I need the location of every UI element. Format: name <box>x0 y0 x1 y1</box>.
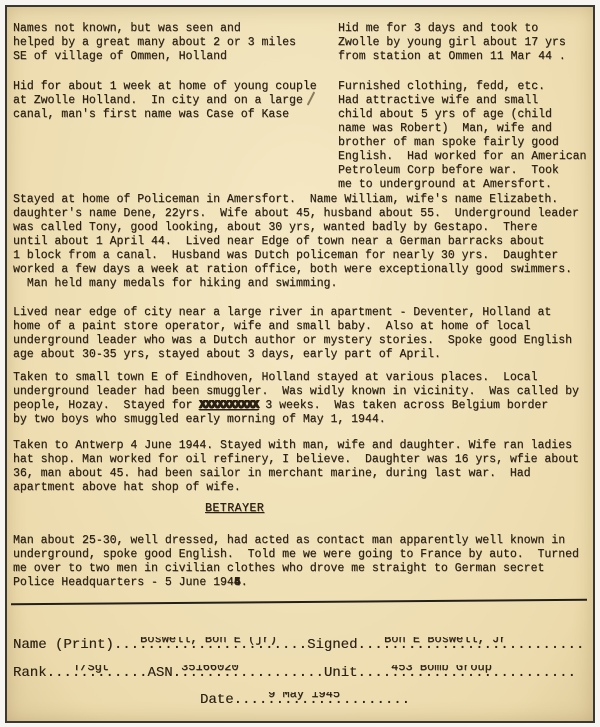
paragraph-betrayer-description: Man about 25-30, well dressed, had acted… <box>13 534 595 590</box>
paragraph-deventer: Lived near edge of city near a large riv… <box>13 306 595 362</box>
scanned-document-page: Names not known, but was seen and helped… <box>0 0 600 727</box>
asn-label: ASN <box>147 665 172 681</box>
printed-name-value: Boswell, Bon E (jr) <box>140 637 277 647</box>
document-paper: Names not known, but was seen and helped… <box>5 5 595 723</box>
signature-separator-line <box>11 599 587 606</box>
signature-row-date: Date..................... 9 May 1945 <box>200 692 410 708</box>
paragraph-amersfort-policeman: Stayed at home of Policeman in Amersfort… <box>13 193 595 291</box>
redacted-overtyped-text: XXXXXXXXXX <box>199 399 258 412</box>
paragraph-antwerp: Taken to Antwerp 4 June 1944. Stayed wit… <box>13 439 595 495</box>
paragraph-zwolle-couple: Hid for about 1 week at home of young co… <box>13 80 333 122</box>
paragraph-ommen-helpers: Names not known, but was seen and helped… <box>13 22 333 64</box>
unit-label: Unit <box>324 665 358 681</box>
paragraph-eindhoven: Taken to small town E of Eindhoven, Holl… <box>13 371 595 427</box>
date-label: Date <box>200 692 234 708</box>
signature-row-rank: Rank............ASN..................Uni… <box>13 665 591 681</box>
signed-name-value: Bon E Boswell, Jr <box>384 637 506 647</box>
signature-row-name: Name (Print).......................Signe… <box>13 637 591 653</box>
name-print-label: Name (Print) <box>13 637 114 653</box>
rank-label: Rank <box>13 665 47 681</box>
betrayer-text-before: Man about 25-30, well dressed, had acted… <box>13 534 579 589</box>
rank-value: T/Sgt <box>73 665 109 675</box>
paragraph-ommen-girl: Hid me for 3 days and took to Zwolle by … <box>338 22 598 64</box>
betrayer-heading: BETRAYER <box>205 502 264 516</box>
asn-value: 35166020 <box>181 665 239 675</box>
paragraph-furnished-clothing: Furnished clothing, fedd, etc. Had attra… <box>338 80 600 192</box>
date-value: 9 May 1945 <box>268 692 340 702</box>
signed-label: Signed <box>307 637 357 653</box>
betrayer-text-after: . <box>241 576 248 589</box>
unit-value: 453 Bomb Group <box>391 665 492 675</box>
